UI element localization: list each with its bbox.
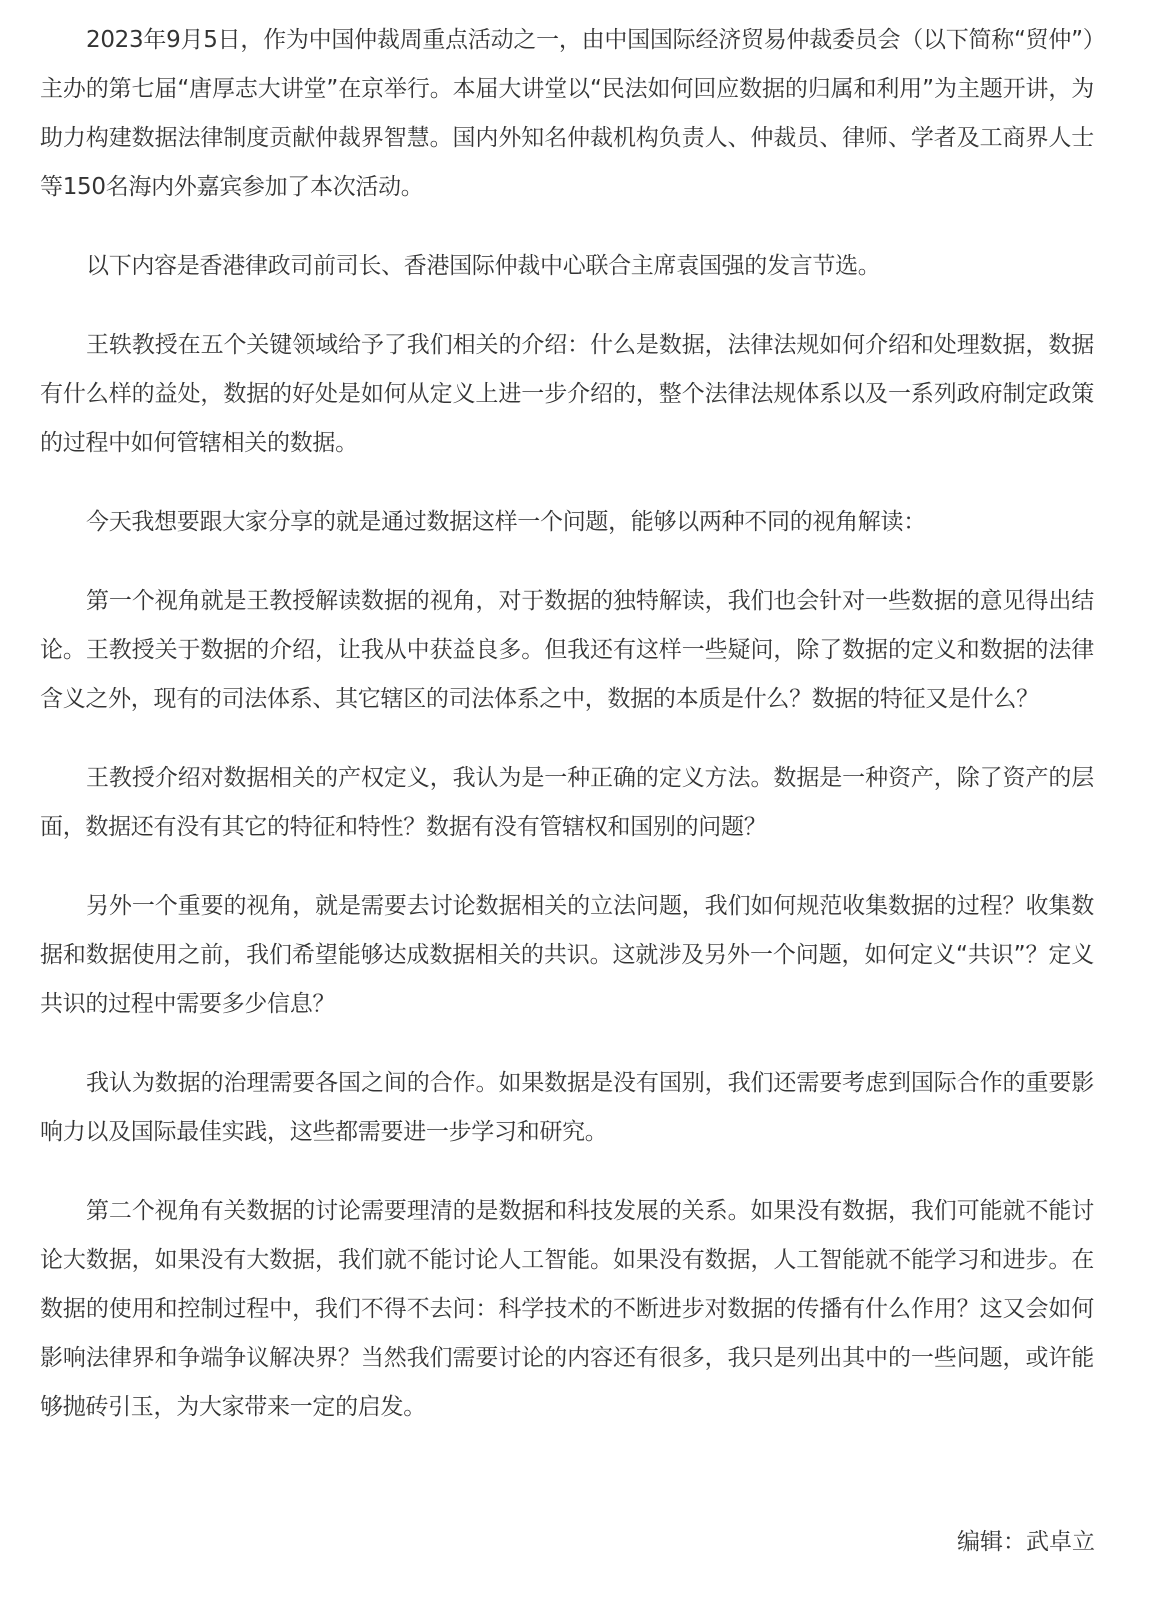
paragraph-second-perspective: 第二个视角有关数据的讨论需要理清的是数据和科技发展的关系。如果没有数据，我们可能… — [40, 1187, 1094, 1432]
paragraph-five-areas: 王轶教授在五个关键领域给予了我们相关的介绍：什么是数据，法律法规如何介绍和处理数… — [40, 321, 1094, 468]
paragraph-legislation: 另外一个重要的视角，就是需要去讨论数据相关的立法问题，我们如何规范收集数据的过程… — [40, 882, 1094, 1029]
paragraph-gap — [40, 852, 1094, 882]
paragraph-gap — [40, 468, 1094, 498]
article-body: 2023年9月5日，作为中国仲裁周重点活动之一，由中国国际经济贸易仲裁委员会（以… — [40, 16, 1094, 1432]
paragraph-gap — [40, 1157, 1094, 1187]
paragraph-gap — [40, 291, 1094, 321]
paragraph-cooperation: 我认为数据的治理需要各国之间的合作。如果数据是没有国别，我们还需要考虑到国际合作… — [40, 1059, 1094, 1157]
paragraph-gap — [40, 1029, 1094, 1059]
paragraph-property-rights: 王教授介绍对数据相关的产权定义，我认为是一种正确的定义方法。数据是一种资产，除了… — [40, 754, 1094, 852]
paragraph-gap — [40, 212, 1094, 242]
paragraph-gap — [40, 547, 1094, 577]
paragraph-event-intro: 2023年9月5日，作为中国仲裁周重点活动之一，由中国国际经济贸易仲裁委员会（以… — [40, 16, 1094, 212]
paragraph-two-perspectives: 今天我想要跟大家分享的就是通过数据这样一个问题，能够以两种不同的视角解读： — [40, 498, 1094, 547]
paragraph-gap — [40, 724, 1094, 754]
paragraph-first-perspective: 第一个视角就是王教授解读数据的视角，对于数据的独特解读，我们也会针对一些数据的意… — [40, 577, 1094, 724]
editor-credit: 编辑：武卓立 — [957, 1518, 1095, 1567]
paragraph-speaker-intro: 以下内容是香港律政司前司长、香港国际仲裁中心联合主席袁国强的发言节选。 — [40, 242, 1094, 291]
